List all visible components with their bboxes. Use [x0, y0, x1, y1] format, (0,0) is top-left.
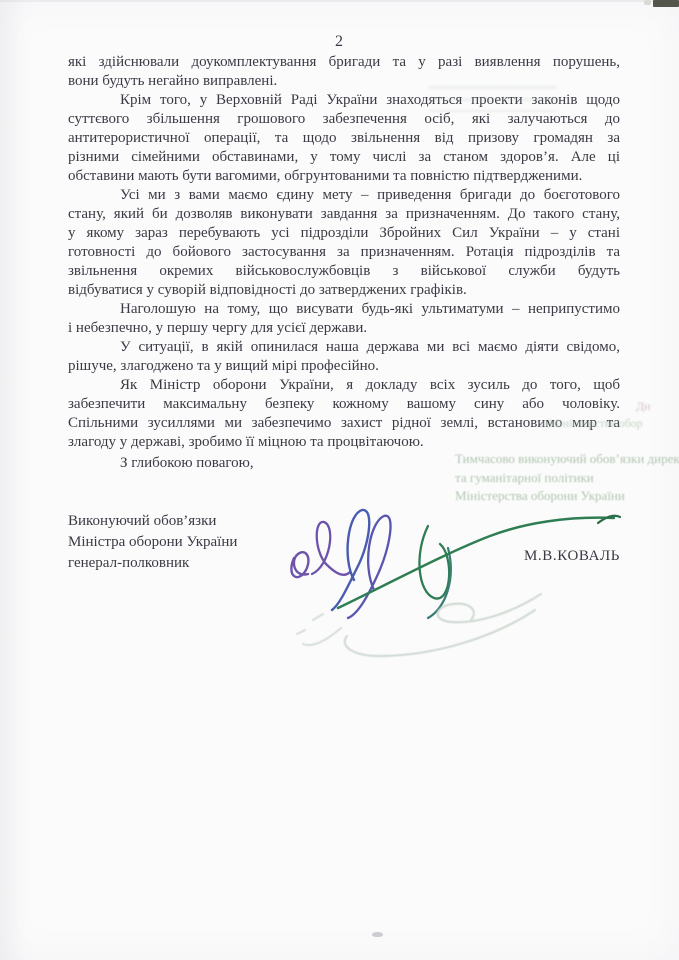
ink-bleed-smudge	[428, 86, 558, 112]
scan-corner-artifact	[644, 0, 651, 5]
text-line: антитерористичної операції, та щодо звіл…	[68, 129, 620, 148]
closing-salutation: З глибокою повагою,	[120, 455, 254, 472]
text-line: Наголошую на тому, що висувати будь-які …	[68, 300, 620, 319]
scan-shadow-left	[0, 0, 26, 960]
signatory-title-line: Виконуючий обов’язки	[68, 511, 237, 532]
signatory-name: М.В.КОВАЛЬ	[68, 548, 620, 565]
ghost-stamp-line: Тимчасово виконуючий обов’язки директора…	[455, 450, 679, 469]
scan-top-edge	[0, 0, 679, 2]
scanned-letter-page: 2 які здійснювали доукомплектування бриг…	[0, 0, 679, 960]
text-line: і небезпечно, у першу чергу для усієї де…	[68, 319, 620, 338]
ghost-text-fragment: я Міністерства обор	[540, 416, 643, 431]
text-line: рішуче, злагоджено та у вищий мірі профе…	[68, 357, 620, 376]
ghost-stamp-line: та гуманітарної політики	[455, 469, 679, 488]
ghost-text-fragment: Дн	[636, 399, 651, 414]
letter-body-text: які здійснювали доукомплектування бригад…	[68, 53, 620, 452]
text-line: різними сімейними обставинами, у тому чи…	[68, 148, 620, 167]
text-line: У ситуації, в якій опинилася наша держав…	[68, 338, 620, 357]
text-line: Як Міністр оборони України, я докладу вс…	[68, 376, 620, 395]
scan-corner-mark	[653, 0, 679, 7]
page-number: 2	[0, 33, 679, 51]
text-line: готовності до бойового застосування за п…	[68, 243, 620, 262]
ghost-handwriting	[283, 576, 568, 666]
text-line: звільнення окремих військовослужбовців з…	[68, 262, 620, 281]
text-line: обставини мають бути вагомими, обгрунтов…	[68, 167, 620, 186]
text-line: стану, який би дозволяв виконувати завда…	[68, 205, 620, 224]
text-line: Спільними зусиллями ми забезпечимо захис…	[68, 414, 620, 433]
text-line: забезпечити максимальну безпеку кожному …	[68, 395, 620, 414]
text-line: відбуватися у суворій відповідності до з…	[68, 281, 620, 300]
scan-speck	[372, 932, 383, 937]
text-line: суттєвого збільшення грошового забезпече…	[68, 110, 620, 129]
text-line: які здійснювали доукомплектування бригад…	[68, 53, 620, 72]
text-line: Усі ми з вами маємо єдину мету – приведе…	[68, 186, 620, 205]
text-line: у якому зараз перебувають усі підрозділи…	[68, 224, 620, 243]
